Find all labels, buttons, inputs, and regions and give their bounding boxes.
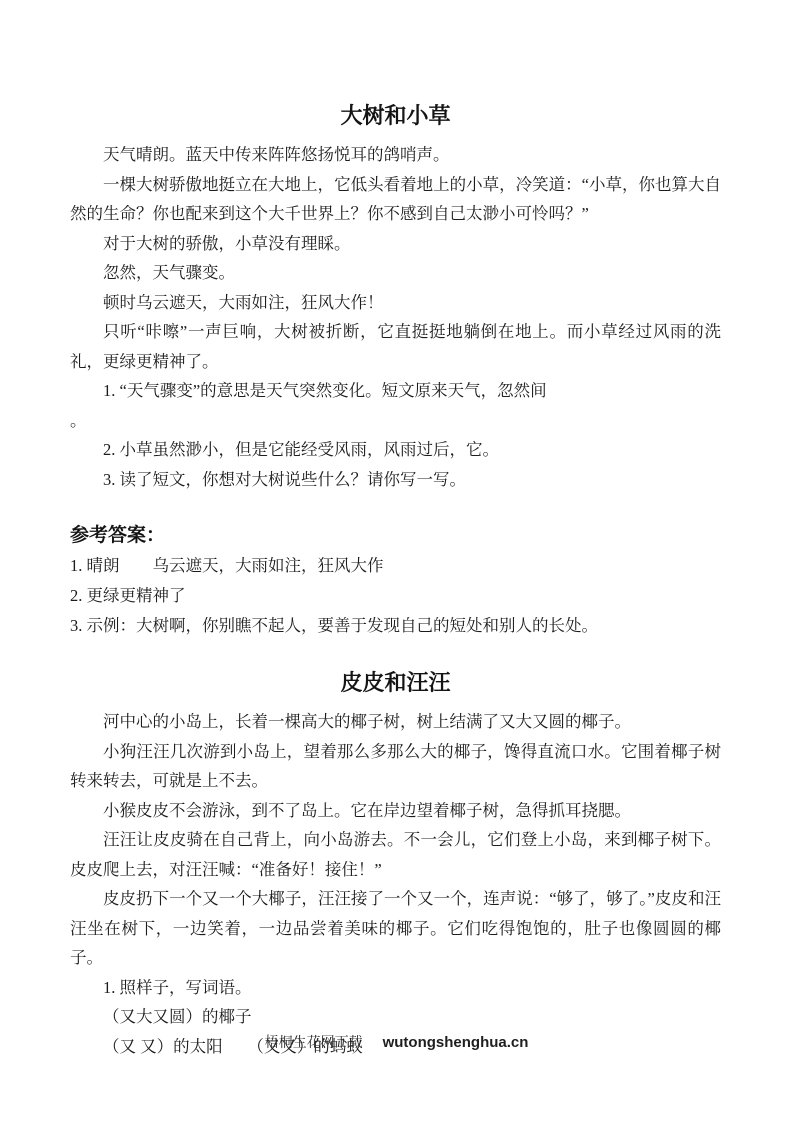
passage1-paragraph: 忽然，天气骤变。 bbox=[70, 258, 721, 288]
passage2-paragraph: 皮皮扔下一个又一个大椰子，汪汪接了一个又一个，连声说：“够了，够了。”皮皮和汪汪… bbox=[70, 884, 721, 973]
passage1-paragraph: 只听“咔嚓”一声巨响，大树被折断，它直挺挺地躺倒在地上。而小草经过风雨的洗礼，更… bbox=[70, 317, 721, 376]
answer-item-3: 3. 示例：大树啊，你别瞧不起人，要善于发现自己的短处和别人的长处。 bbox=[70, 611, 721, 641]
footer-site-url: wutongshenghua.cn bbox=[383, 1034, 529, 1051]
passage2-paragraph: 河中心的小岛上，长着一棵高大的椰子树，树上结满了又大又圆的椰子。 bbox=[70, 707, 721, 737]
passage2-title: 皮皮和汪汪 bbox=[70, 667, 721, 699]
passage2-question-example: （又大又圆）的椰子 bbox=[70, 1002, 721, 1032]
passage2-paragraph: 小猴皮皮不会游泳，到不了岛上。它在岸边望着椰子树，急得抓耳挠腮。 bbox=[70, 796, 721, 826]
footer-site-name: 梧桐生花网下载 bbox=[265, 1036, 363, 1051]
passage1-question-3: 3. 读了短文，你想对大树说些什么？请你写一写。 bbox=[70, 465, 721, 495]
answer-key-heading: 参考答案： bbox=[70, 520, 721, 551]
passage1-question-1: 1. “天气骤变”的意思是天气突然变化。短文原来天气，忽然间 bbox=[70, 376, 721, 406]
passage1-question-2: 2. 小草虽然渺小，但是它能经受风雨，风雨过后，它。 bbox=[70, 435, 721, 465]
page-footer: 梧桐生花网下载wutongshenghua.cn bbox=[0, 1032, 793, 1052]
passage2-question-1: 1. 照样子，写词语。 bbox=[70, 973, 721, 1003]
passage1-paragraph: 一棵大树骄傲地挺立在大地上，它低头看着地上的小草，冷笑道：“小草，你也算大自然的… bbox=[70, 170, 721, 229]
answer-item-2: 2. 更绿更精神了 bbox=[70, 581, 721, 611]
passage1-paragraph: 天气晴朗。蓝天中传来阵阵悠扬悦耳的鸽哨声。 bbox=[70, 140, 721, 170]
passage1-paragraph: 顿时乌云遮天，大雨如注，狂风大作！ bbox=[70, 288, 721, 318]
passage2-paragraph: 小狗汪汪几次游到小岛上，望着那么多那么大的椰子，馋得直流口水。它围着椰子树转来转… bbox=[70, 737, 721, 796]
passage2-paragraph: 汪汪让皮皮骑在自己背上，向小岛游去。不一会儿，它们登上小岛，来到椰子树下。皮皮爬… bbox=[70, 825, 721, 884]
passage1-paragraph: 对于大树的骄傲，小草没有理睬。 bbox=[70, 229, 721, 259]
passage1-title: 大树和小草 bbox=[70, 100, 721, 132]
passage1-question-1-continuation: 。 bbox=[70, 406, 721, 436]
answer-item-1: 1. 晴朗 乌云遮天，大雨如注，狂风大作 bbox=[70, 551, 721, 581]
document-page: 大树和小草 天气晴朗。蓝天中传来阵阵悠扬悦耳的鸽哨声。 一棵大树骄傲地挺立在大地… bbox=[0, 0, 793, 1122]
